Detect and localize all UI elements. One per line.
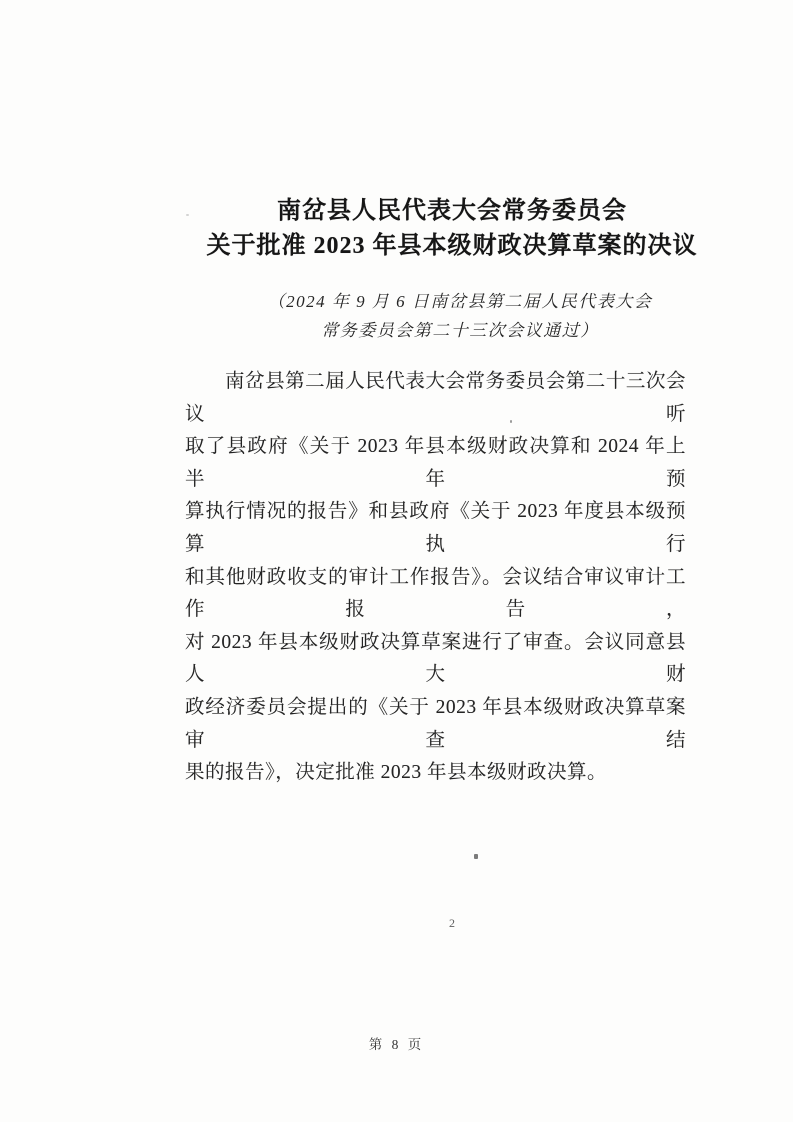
title-line-1: 南岔县人民代表大会常务委员会 xyxy=(202,194,702,229)
body-line: 对 2023 年县本级财政决算草案进行了审查。会议同意县人大财 xyxy=(185,627,686,692)
scan-speck xyxy=(186,214,189,216)
body-line: 果的报告》，决定批准 2023 年县本级财政决算。 xyxy=(185,757,686,790)
page-footer: 第 8 页 xyxy=(0,1033,793,1054)
body-line: 和其他财政收支的审计工作报告》。会议结合审议审计工作报告， xyxy=(185,562,686,627)
meeting-date-line: （2024 年 9 月 6 日南岔县第二届人民代表大会 xyxy=(210,287,710,316)
scanned-document-page: 南岔县人民代表大会常务委员会 关于批准 2023 年县本级财政决算草案的决议 （… xyxy=(0,0,793,1122)
body-line: 算执行情况的报告》和县政府《关于 2023 年度县本级预算执行 xyxy=(185,496,686,561)
document-title: 南岔县人民代表大会常务委员会 关于批准 2023 年县本级财政决算草案的决议 xyxy=(185,194,685,264)
scan-mark-digit: 2 xyxy=(449,916,455,931)
meeting-session-line: 常务委员会第二十三次会议通过） xyxy=(210,316,710,345)
page-number: 第 8 页 xyxy=(369,1037,425,1052)
scan-speck xyxy=(473,640,476,645)
body-line: 取了县政府《关于 2023 年县本级财政决算和 2024 年上半年预 xyxy=(185,431,686,496)
body-paragraph: 南岔县第二届人民代表大会常务委员会第二十三次会议听 取了县政府《关于 2023 … xyxy=(185,366,686,790)
title-line-2: 关于批准 2023 年县本级财政决算草案的决议 xyxy=(202,229,702,264)
document-subtitle: （2024 年 9 月 6 日南岔县第二届人民代表大会 常务委员会第二十三次会议… xyxy=(185,287,685,345)
scan-speck xyxy=(474,854,478,859)
body-line: 南岔县第二届人民代表大会常务委员会第二十三次会议听 xyxy=(185,366,686,431)
body-line: 政经济委员会提出的《关于 2023 年县本级财政决算草案审查结 xyxy=(185,692,686,757)
scan-speck xyxy=(510,420,512,423)
